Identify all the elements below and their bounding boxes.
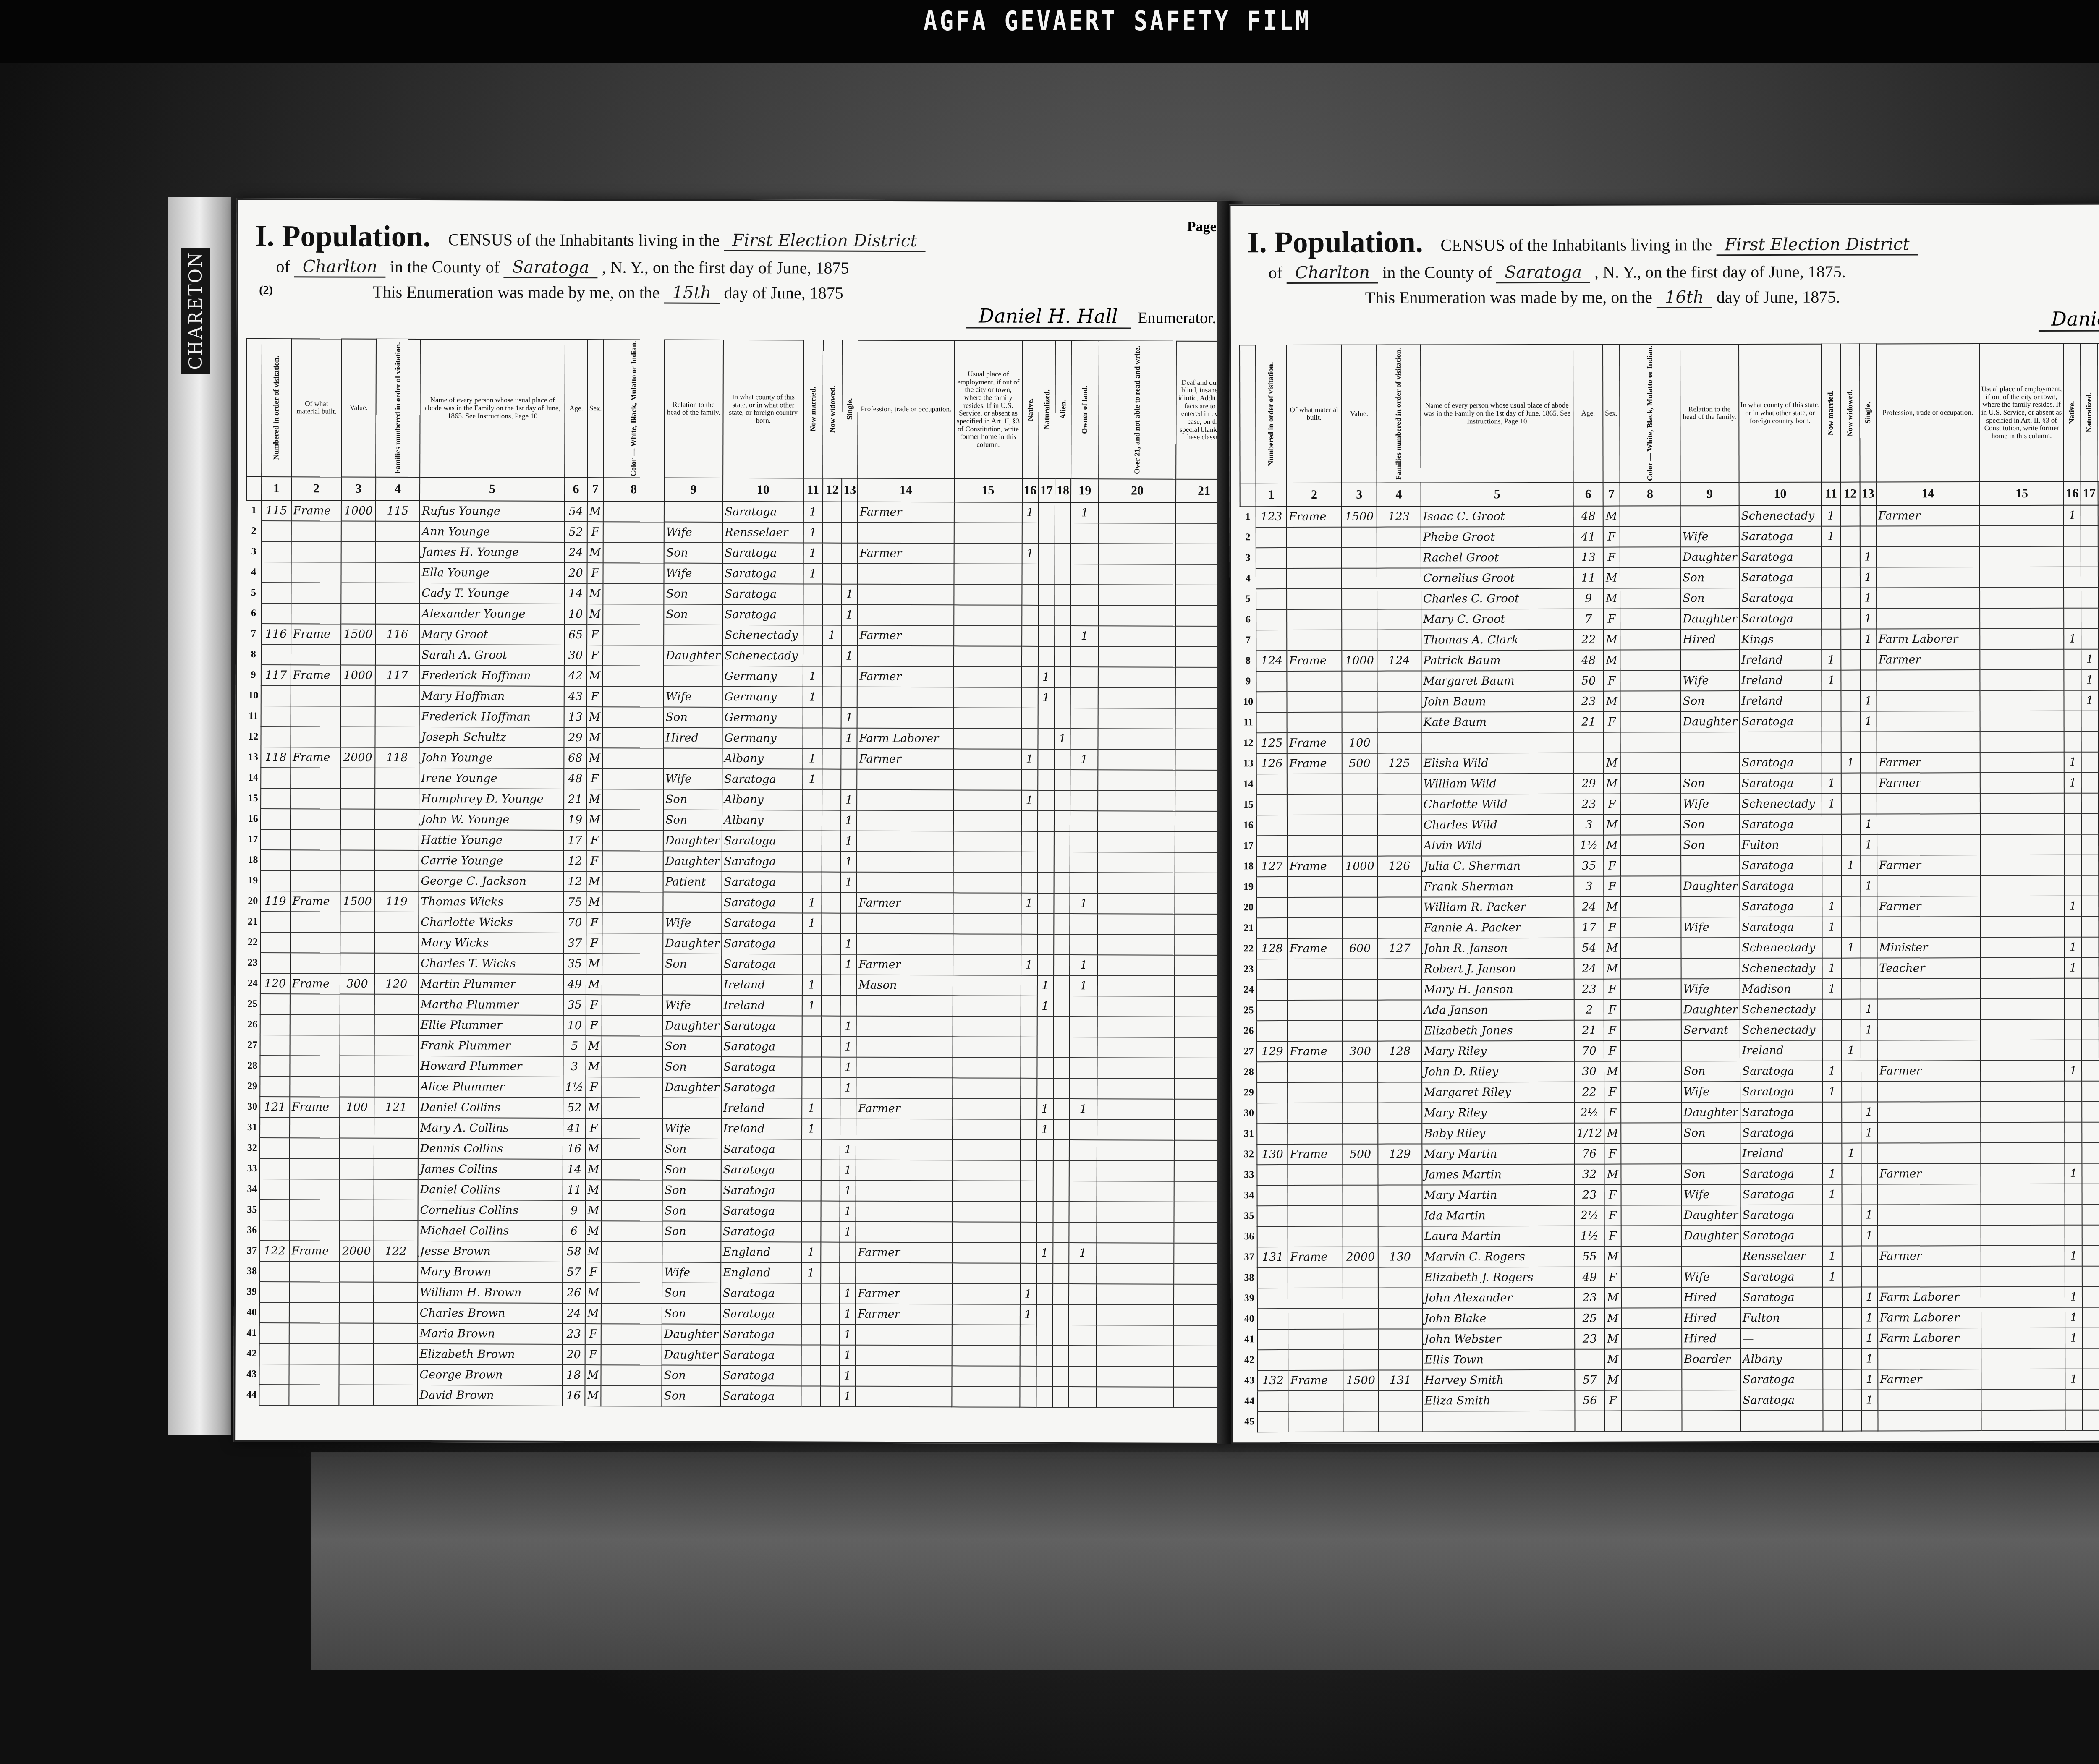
cell-rel: Son	[662, 1221, 721, 1241]
cell-color	[603, 707, 664, 727]
cell-rel: Daughter	[1680, 609, 1739, 629]
column-header-c16: Native.	[2063, 344, 2081, 482]
line-number: 42	[244, 1343, 260, 1364]
cell-val	[340, 850, 375, 870]
cell-dw	[261, 932, 290, 953]
cell-dw: 126	[1256, 753, 1287, 774]
cell-m	[1822, 814, 1841, 834]
cell-occ	[1877, 814, 1981, 834]
cell-dw	[1257, 1206, 1288, 1226]
cell-rel: Daughter	[1681, 876, 1740, 896]
cell-val	[1343, 1329, 1378, 1349]
column-number: 7	[1603, 482, 1620, 506]
cell-val: 1500	[1342, 506, 1377, 527]
cell-sex: M	[1604, 1246, 1621, 1267]
cell-s	[1861, 855, 1877, 875]
census-row: 12Joseph Schultz29MHiredGermany1Farm Lab…	[246, 727, 1231, 750]
cell-born: Saratoga	[1740, 1225, 1823, 1246]
cell-born: Saratoga	[720, 1324, 801, 1345]
cell-fam	[1378, 1020, 1422, 1041]
column-header-c4: Families numbered in order of visitation…	[1377, 345, 1421, 483]
cell-read	[1097, 1222, 1174, 1243]
cell-val: 100	[340, 1097, 374, 1117]
cell-w	[822, 954, 841, 975]
cell-sex: M	[1604, 1349, 1621, 1369]
cell-natz	[2082, 1184, 2099, 1204]
cell-own	[1069, 1304, 1097, 1325]
cell-fam	[1378, 1226, 1422, 1247]
census-row: 38Elizabeth J. Rogers49FWifeSaratoga138	[1241, 1265, 2099, 1288]
cell-age: 19	[564, 809, 586, 830]
cell-own: 1	[1070, 1099, 1097, 1119]
cell-natz	[2081, 525, 2098, 546]
cell-age: 75	[564, 891, 586, 912]
cell-occ: Farm Laborer	[1878, 1328, 1981, 1348]
cell-age: 3	[1574, 814, 1604, 835]
column-header-c11: Now married.	[803, 340, 823, 478]
cell-occ	[1877, 834, 1981, 855]
cell-color	[1620, 650, 1681, 670]
cell-color	[1621, 1246, 1682, 1267]
cell-emp	[1980, 875, 2064, 896]
cell-mat	[1288, 1205, 1343, 1226]
cell-occ: Farmer	[1877, 1163, 1981, 1184]
cell-sex: F	[1603, 670, 1620, 691]
census-row: 22128Frame600127John R. Janson54MSchenec…	[1241, 936, 2099, 959]
cell-color	[1621, 1123, 1682, 1143]
cell-fam	[1378, 1000, 1422, 1020]
cell-val	[1343, 897, 1378, 917]
cell-s: 1	[840, 1180, 856, 1201]
cell-alien	[1054, 687, 1070, 708]
cell-w	[1842, 1061, 1861, 1081]
cell-name: John R. Janson	[1421, 938, 1574, 959]
cell-nat	[2065, 1348, 2083, 1369]
cell-born: Saratoga	[722, 604, 803, 625]
cell-age: 68	[564, 747, 586, 768]
cell-emp	[1980, 855, 2064, 875]
cell-sex: F	[1604, 1102, 1621, 1123]
cell-sex: M	[586, 707, 603, 727]
line-number: 4	[1240, 568, 1256, 589]
cell-fam: 127	[1377, 938, 1421, 959]
cell-dw	[261, 727, 291, 747]
cell-emp	[1981, 957, 2065, 978]
cell-val	[1342, 774, 1377, 794]
cell-age: 29	[564, 727, 586, 747]
cell-sex: M	[1603, 691, 1620, 711]
cell-fam: 116	[375, 624, 419, 644]
cell-emp	[952, 1345, 1020, 1366]
cell-w	[1841, 608, 1860, 629]
census-row: 9Margaret Baum50FWifeIreland119	[1240, 669, 2099, 691]
cell-nat	[1022, 646, 1038, 666]
cell-emp	[1981, 1142, 2065, 1163]
cell-born: Schenectady	[722, 625, 803, 645]
cell-read	[1098, 585, 1175, 605]
cell-emp	[953, 790, 1021, 810]
line-number: 16	[246, 808, 261, 829]
line-number: 7	[246, 624, 262, 644]
cell-sex: F	[1603, 609, 1620, 629]
cell-s: 1	[841, 810, 857, 831]
census-row: 2Phebe Groot41FWifeSaratoga12	[1240, 525, 2099, 547]
cell-sex: M	[587, 604, 603, 625]
cell-born: Schenectady	[1740, 937, 1822, 958]
cell-color	[1620, 876, 1681, 896]
cell-m	[1822, 608, 1841, 629]
cell-w	[1842, 1266, 1861, 1287]
cell-m: 1	[1823, 1184, 1842, 1205]
cell-fam	[374, 1014, 419, 1035]
cell-rel: Daughter	[663, 933, 722, 954]
column-header-c20: Over 21, and not able to read and write.	[1099, 341, 1176, 479]
cell-age: 48	[1574, 650, 1604, 670]
cell-mat: Frame	[1288, 1247, 1343, 1267]
cell-born: Saratoga	[721, 1200, 802, 1221]
cell-born: Saratoga	[720, 1303, 801, 1324]
cell-occ	[857, 687, 954, 708]
cell-dw	[260, 1076, 290, 1097]
cell-read	[1097, 1058, 1174, 1078]
cell-natz	[2082, 1101, 2099, 1122]
cell-rel: Daughter	[1681, 711, 1740, 732]
line-number: 39	[1241, 1288, 1258, 1309]
cell-val	[340, 1076, 374, 1097]
cell-read	[1097, 996, 1175, 1017]
cell-dw	[1257, 877, 1288, 897]
cell-s	[840, 913, 856, 933]
cell-m	[803, 831, 822, 851]
cell-m	[1822, 629, 1841, 649]
cell-age: 37	[563, 933, 586, 953]
cell-born: Saratoga	[1740, 1205, 1823, 1225]
cell-own	[1070, 934, 1098, 955]
line-number: 12	[246, 727, 261, 747]
column-number: 12	[823, 478, 842, 502]
cell-s: 1	[840, 1324, 856, 1345]
cell-mat	[1287, 547, 1342, 568]
cell-w	[822, 913, 841, 933]
cell-natz	[2082, 1019, 2099, 1040]
cell-w	[820, 1304, 840, 1324]
line-number: 24	[1241, 980, 1257, 1000]
census-row: 23Charles T. Wicks35MSonSaratoga1Farmer1…	[245, 952, 1231, 975]
cell-m	[1822, 1102, 1842, 1122]
cell-alien	[1053, 1099, 1070, 1119]
cell-val	[340, 1056, 374, 1076]
enumeration-line: This Enumeration was made by me, on the …	[1365, 287, 1840, 308]
cell-color	[1620, 917, 1681, 938]
cell-color	[602, 995, 663, 1015]
cell-fam: 131	[1378, 1370, 1422, 1390]
cell-dw	[261, 912, 290, 932]
cell-color	[602, 789, 663, 810]
cell-rel: Son	[662, 1365, 720, 1385]
column-header-c13: Single.	[842, 340, 858, 478]
cell-read	[1098, 708, 1175, 729]
cell-name: Mary Martin	[1422, 1143, 1575, 1164]
cell-m	[1822, 752, 1841, 773]
cell-natz	[2082, 1369, 2099, 1389]
cell-nat	[2064, 546, 2081, 567]
cell-m	[1822, 875, 1842, 896]
cell-born: Saratoga	[1739, 608, 1822, 629]
cell-s	[842, 522, 858, 543]
town-name: Charlton	[1287, 263, 1378, 284]
cell-fam: 130	[1378, 1247, 1422, 1267]
cell-nat	[1021, 975, 1037, 996]
census-row: 1115Frame1000115Rufus Younge54MSaratoga1…	[246, 500, 1232, 523]
cell-age: 9	[563, 1200, 585, 1220]
cell-rel: Daughter	[662, 1077, 721, 1098]
cell-rel: Wife	[1682, 1267, 1740, 1287]
cell-dw	[1256, 630, 1287, 651]
cell-w	[822, 851, 841, 872]
cell-sex: M	[586, 974, 602, 995]
cell-nat	[1020, 1263, 1036, 1283]
cell-age: 18	[563, 1364, 585, 1385]
cell-val	[1343, 979, 1378, 1000]
cell-rel	[1680, 650, 1739, 670]
cell-mat	[1288, 1185, 1343, 1205]
cell-natz	[1038, 564, 1055, 584]
cell-w	[821, 1057, 840, 1077]
cell-mat	[291, 644, 341, 665]
cell-fam	[376, 521, 420, 541]
cell-w	[822, 522, 842, 543]
cell-name: Joseph Schultz	[419, 727, 564, 748]
cell-sex: F	[1604, 1020, 1621, 1040]
census-row: 31Mary A. Collins41FWifeIreland11	[245, 1117, 1230, 1140]
column-header-c4: Families numbered in order of visitation…	[376, 339, 420, 477]
cell-name: Mary Groot	[419, 624, 565, 645]
column-number: 14	[858, 478, 954, 502]
cell-w	[822, 748, 841, 769]
cell-nat	[1022, 605, 1038, 625]
cell-age: 17	[564, 830, 586, 850]
cell-occ: Farm Laborer	[1878, 1287, 1981, 1307]
cell-natz	[1037, 810, 1054, 831]
cell-mat	[1287, 815, 1342, 835]
cell-emp	[952, 1160, 1020, 1181]
cell-rel: Wife	[664, 686, 722, 707]
cell-fam	[374, 1323, 418, 1343]
column-number: 20	[1099, 479, 1176, 502]
cell-alien	[1053, 1202, 1069, 1222]
cell-rel	[662, 1098, 721, 1118]
cell-born: Saratoga	[1740, 1102, 1823, 1122]
cell-name: Alvin Wild	[1421, 835, 1574, 856]
cell-rel: Son	[663, 789, 722, 810]
cell-emp	[952, 1325, 1020, 1345]
cell-name: Charles C. Groot	[1421, 588, 1574, 609]
cell-occ: Farmer	[857, 892, 953, 913]
town-name: Charlton	[294, 257, 386, 278]
cell-mat	[291, 809, 341, 829]
cell-color	[603, 542, 664, 563]
cell-sex: M	[1603, 588, 1620, 609]
cell-alien	[1055, 544, 1071, 564]
cell-m: 1	[802, 975, 822, 995]
cell-rel: Son	[663, 954, 722, 974]
cell-alien	[1054, 873, 1070, 893]
cell-dw	[1257, 1000, 1288, 1021]
census-row: 13126Frame500125Elisha WildMSaratoga1Far…	[1241, 751, 2099, 774]
column-header-c7: Sex.	[587, 340, 604, 478]
cell-color	[602, 1056, 663, 1077]
cell-name: Ella Younge	[419, 562, 565, 583]
cell-name: Martha Plummer	[419, 994, 564, 1015]
cell-m	[803, 728, 822, 748]
cell-age: 22	[1574, 1082, 1604, 1102]
cell-color	[602, 810, 663, 830]
cell-val	[340, 1117, 374, 1138]
cell-w	[822, 645, 842, 666]
cell-occ: Farmer	[858, 543, 954, 564]
cell-occ: Farm Laborer	[857, 728, 954, 749]
cell-alien	[1053, 1160, 1069, 1181]
cell-val	[1343, 1226, 1378, 1247]
cell-mat	[1287, 794, 1342, 815]
column-header-c1: Numbered in order of visitation.	[262, 339, 292, 477]
cell-color	[1620, 588, 1681, 609]
cell-nat: 1	[2065, 1307, 2082, 1328]
cell-nat	[2064, 567, 2081, 587]
cell-nat: 1	[2064, 772, 2081, 793]
cell-w	[1842, 978, 1861, 999]
line-number: 8	[1240, 651, 1256, 671]
line-number: 17	[246, 829, 261, 849]
census-row: 15Charlotte Wild23FWifeSchenectady115	[1241, 792, 2099, 815]
cell-age: 54	[1574, 938, 1604, 958]
cell-natz	[1037, 1016, 1053, 1037]
cell-rel	[1682, 1246, 1740, 1267]
cell-val	[1342, 588, 1377, 609]
cell-natz	[1038, 502, 1055, 523]
cell-own	[1069, 1202, 1097, 1222]
census-row: 38Mary Brown57FWifeEngland1	[244, 1261, 1230, 1284]
cell-occ	[857, 851, 953, 872]
cell-own: 1	[1070, 893, 1098, 914]
cell-name: William R. Packer	[1421, 896, 1574, 917]
cell-rel: Son	[662, 1200, 721, 1221]
cell-m	[801, 1201, 821, 1221]
enumerator-line: Daniel H. Hall Enumerator.	[966, 304, 1216, 328]
cell-name: Dennis Collins	[418, 1138, 563, 1159]
cell-read	[1097, 1140, 1174, 1160]
cell-s	[841, 625, 857, 645]
cell-mat	[290, 870, 340, 891]
cell-own	[1071, 585, 1099, 605]
line-number: 23	[1241, 959, 1257, 980]
cell-m	[1823, 1369, 1843, 1390]
cell-val: 500	[1343, 1144, 1378, 1164]
cell-alien	[1054, 934, 1070, 955]
cell-natz: 1	[1037, 1119, 1053, 1139]
census-row: 14William Wild29MSonSaratoga1Farmer114	[1241, 772, 2099, 794]
cell-nat	[2065, 1122, 2082, 1142]
cell-emp	[953, 728, 1021, 749]
cell-natz	[1036, 1201, 1053, 1222]
cell-natz	[1037, 872, 1054, 893]
cell-fam	[375, 850, 419, 870]
cell-dw	[261, 788, 291, 809]
cell-val: 1000	[1342, 650, 1377, 671]
cell-natz	[2081, 711, 2099, 731]
cell-age: 9	[1573, 588, 1603, 609]
column-header-c8: Color — White, Black, Mulatto or Indian.	[1620, 344, 1680, 482]
census-row: 17Hattie Younge17FDaughterSaratoga1	[246, 829, 1231, 852]
cell-nat	[1020, 1345, 1036, 1366]
cell-rel: Son	[1681, 814, 1740, 835]
cell-sex: F	[1604, 1184, 1621, 1205]
cell-mat	[1288, 1000, 1343, 1020]
cell-occ	[856, 1365, 952, 1386]
cell-w	[1842, 1410, 1861, 1431]
cell-dw	[1257, 836, 1288, 856]
cell-name: Howard Plummer	[418, 1056, 563, 1077]
cell-mat: Frame	[291, 747, 341, 768]
cell-val	[1343, 959, 1378, 979]
cell-read	[1097, 1099, 1174, 1119]
cell-own: 1	[1070, 749, 1098, 770]
cell-sex: F	[1604, 1040, 1621, 1061]
census-row: 21Charlotte Wicks70FWifeSaratoga1	[245, 911, 1231, 934]
cell-sex: M	[586, 810, 603, 830]
line-number: 35	[1241, 1206, 1258, 1226]
cell-s: 1	[841, 604, 857, 625]
cell-alien	[1054, 831, 1070, 852]
census-row: 37122Frame2000122Jesse Brown58MEngland1F…	[244, 1240, 1230, 1263]
cell-name: Michael Collins	[418, 1220, 563, 1241]
cell-alien	[1052, 1387, 1069, 1407]
cell-m	[803, 707, 822, 728]
cell-dw	[1256, 527, 1287, 548]
cell-nat	[1020, 1139, 1036, 1160]
line-number: 13	[1241, 753, 1257, 774]
cell-rel: Son	[663, 810, 722, 830]
cell-fam	[1378, 1308, 1422, 1329]
cell-emp	[1981, 978, 2065, 998]
census-row: 31Baby Riley1/12MSonSaratoga131	[1241, 1121, 2099, 1144]
enumeration-month: day of June, 1875	[724, 283, 843, 303]
cell-color	[1621, 1287, 1682, 1308]
cell-rel: Boarder	[1682, 1349, 1740, 1369]
cell-mat: Frame	[1287, 732, 1342, 753]
column-header-c19: Owner of land.	[1071, 341, 1099, 479]
cell-w	[822, 563, 842, 584]
cell-age: 11	[1573, 567, 1603, 588]
line-number: 37	[244, 1240, 260, 1261]
cell-rel	[1682, 1390, 1740, 1411]
cell-emp	[1981, 1410, 2065, 1430]
cell-color	[601, 1283, 662, 1303]
cell-dw: 123	[1256, 507, 1287, 527]
cell-sex: F	[1604, 711, 1620, 732]
cell-w	[1842, 1348, 1861, 1369]
cell-born: Saratoga	[1740, 1122, 1823, 1143]
cell-s: 1	[1860, 629, 1877, 649]
cell-s	[841, 892, 857, 913]
cell-w	[822, 543, 842, 563]
cell-emp	[954, 584, 1022, 605]
cell-born: Saratoga	[1740, 1390, 1823, 1410]
cell-name: Cornelius Groot	[1421, 567, 1574, 588]
cell-m: 1	[1822, 978, 1842, 999]
cell-s	[1861, 1246, 1877, 1266]
cell-alien: 1	[1054, 729, 1070, 749]
